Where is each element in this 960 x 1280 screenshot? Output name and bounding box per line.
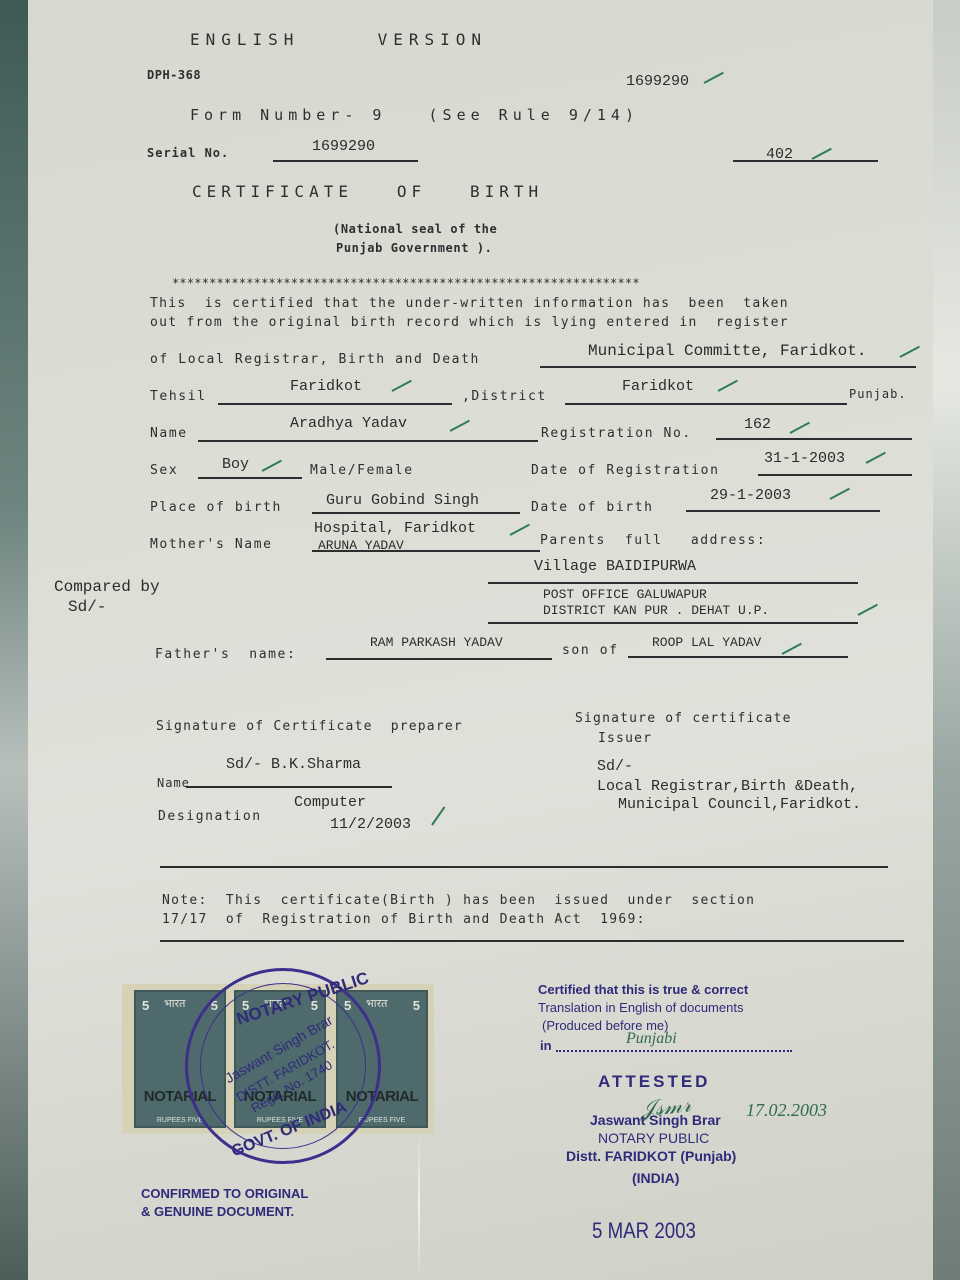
divider-top — [160, 866, 888, 868]
birthplace-label: Place of birth — [150, 500, 282, 515]
date-stamp: 5 MAR 2003 — [592, 1218, 696, 1244]
sex-options: Male/Female — [310, 463, 414, 478]
address-underline1 — [488, 582, 858, 584]
name-value: Aradhya Yadav — [290, 415, 407, 432]
cert-line4-prefix: in — [540, 1038, 552, 1053]
notary-seal: NOTARY PUBLIC Jaswant Singh Brar DISTT. … — [185, 968, 381, 1164]
issuer-heading-line2: Issuer — [598, 731, 652, 746]
preparer-name-underline — [186, 786, 392, 788]
confirmed-line1: CONFIRMED TO ORIGINAL — [141, 1186, 308, 1201]
designation-value: Computer — [294, 794, 366, 811]
attested-date-handwritten: 17.02.2003 — [746, 1100, 827, 1121]
seal-note-line1: (National seal of the — [333, 222, 497, 236]
background-right — [930, 0, 960, 1280]
district-underline — [565, 403, 847, 405]
serial-label: Serial No. — [147, 146, 229, 160]
birthplace-value-line1: Guru Gobind Singh — [326, 492, 479, 509]
grandfather-underline — [628, 656, 848, 658]
serial-value: 1699290 — [312, 138, 375, 155]
issuer-heading-line1: Signature of certificate — [575, 711, 792, 726]
son-of-label: son of — [562, 643, 619, 658]
registration-no-label: Registration No. — [541, 426, 692, 441]
district-value: Faridkot — [622, 378, 694, 395]
asterisk-rule: ****************************************… — [172, 276, 640, 290]
confirmed-line2: & GENUINE DOCUMENT. — [141, 1204, 294, 1219]
stamp-country: भारत — [164, 996, 185, 1011]
registration-date-underline — [758, 474, 912, 476]
preparer-name-label: Name — [157, 776, 190, 790]
notary-title: NOTARY PUBLIC — [598, 1130, 709, 1146]
registration-no-value: 162 — [744, 416, 771, 433]
parents-address-label: Parents full address: — [540, 533, 766, 548]
registration-date-label: Date of Registration — [531, 463, 720, 478]
compared-by-sign: Sd/- — [68, 598, 106, 616]
address-line2: POST OFFICE GALUWAPUR — [543, 587, 707, 602]
serial-underline — [273, 160, 418, 162]
intro-line2: out from the original birth record which… — [150, 315, 789, 330]
district-label: ,District — [462, 389, 547, 404]
dob-underline — [686, 510, 880, 512]
tehsil-value: Faridkot — [290, 378, 362, 395]
cert-language-handwritten: Punjabi — [626, 1030, 677, 1048]
tehsil-underline — [218, 403, 452, 405]
address-underline2 — [488, 622, 858, 624]
intro-line1: This is certified that the under-written… — [150, 296, 789, 311]
stamp-value: 5 — [142, 998, 149, 1013]
cert-line2: Translation in English of documents — [538, 1000, 743, 1015]
registration-no-underline — [716, 438, 912, 440]
certificate-title: CERTIFICATE OF BIRTH — [192, 182, 543, 201]
dob-value: 29-1-2003 — [710, 487, 791, 504]
preparer-heading: Signature of Certificate preparer — [156, 719, 463, 734]
divider-bottom — [160, 940, 904, 942]
father-value: RAM PARKASH YADAV — [370, 635, 503, 650]
father-underline — [326, 658, 552, 660]
compared-by-label: Compared by — [54, 578, 160, 596]
sex-value: Boy — [222, 456, 249, 473]
form-number-line: Form Number- 9 (See Rule 9/14) — [190, 106, 639, 124]
top-number: 1699290 — [626, 73, 689, 90]
stamp-value: 5 — [413, 998, 420, 1013]
name-label: Name — [150, 426, 188, 441]
cert-line1: Certified that this is true & correct — [538, 982, 748, 997]
issuer-sign: Sd/- — [597, 758, 633, 775]
address-line1: Village BAIDIPURWA — [534, 558, 696, 575]
seal-note-line2: Punjab Government ). — [336, 241, 493, 255]
tehsil-label: Tehsil — [150, 389, 207, 404]
designation-label: Designation — [158, 809, 262, 824]
stamp-country: भारत — [366, 996, 387, 1011]
state-suffix: Punjab. — [849, 387, 907, 401]
registration-date-value: 31-1-2003 — [764, 450, 845, 467]
cert-line4-dots — [556, 1050, 792, 1052]
notary-country: (INDIA) — [632, 1170, 679, 1186]
notary-district: Distt. FARIDKOT (Punjab) — [566, 1148, 736, 1164]
note-line2: 17/17 of Registration of Birth and Death… — [162, 912, 646, 927]
paper-crease — [418, 1130, 420, 1280]
address-line3: DISTRICT KAN PUR . DEHAT U.P. — [543, 603, 769, 618]
notary-name: Jaswant Singh Brar — [590, 1112, 721, 1128]
note-line1: Note: This certificate(Birth ) has been … — [162, 893, 755, 908]
grandfather-value: ROOP LAL YADAV — [652, 635, 761, 650]
preparer-date: 11/2/2003 — [330, 816, 411, 833]
page-number-underline — [733, 160, 878, 162]
registrar-value: Municipal Committe, Faridkot. — [588, 342, 866, 360]
registrar-label: of Local Registrar, Birth and Death — [150, 352, 480, 367]
issuer-title-line2: Municipal Council,Faridkot. — [618, 796, 861, 813]
father-label: Father's name: — [155, 647, 296, 662]
form-code: DPH-368 — [147, 68, 201, 82]
birthplace-value-line2: Hospital, Faridkot — [314, 520, 476, 537]
name-underline — [198, 440, 538, 442]
sex-label: Sex — [150, 463, 178, 478]
sex-underline — [198, 477, 302, 479]
birthplace-underline — [312, 512, 520, 514]
version-heading: ENGLISH VERSION — [190, 30, 487, 49]
mother-underline — [312, 550, 540, 552]
mother-label: Mother's Name — [150, 537, 273, 552]
dob-label: Date of birth — [531, 500, 654, 515]
issuer-title-line1: Local Registrar,Birth &Death, — [597, 778, 858, 795]
registrar-underline — [540, 366, 916, 368]
attested-stamp: ATTESTED — [598, 1072, 710, 1092]
preparer-sign: Sd/- B.K.Sharma — [226, 756, 361, 773]
